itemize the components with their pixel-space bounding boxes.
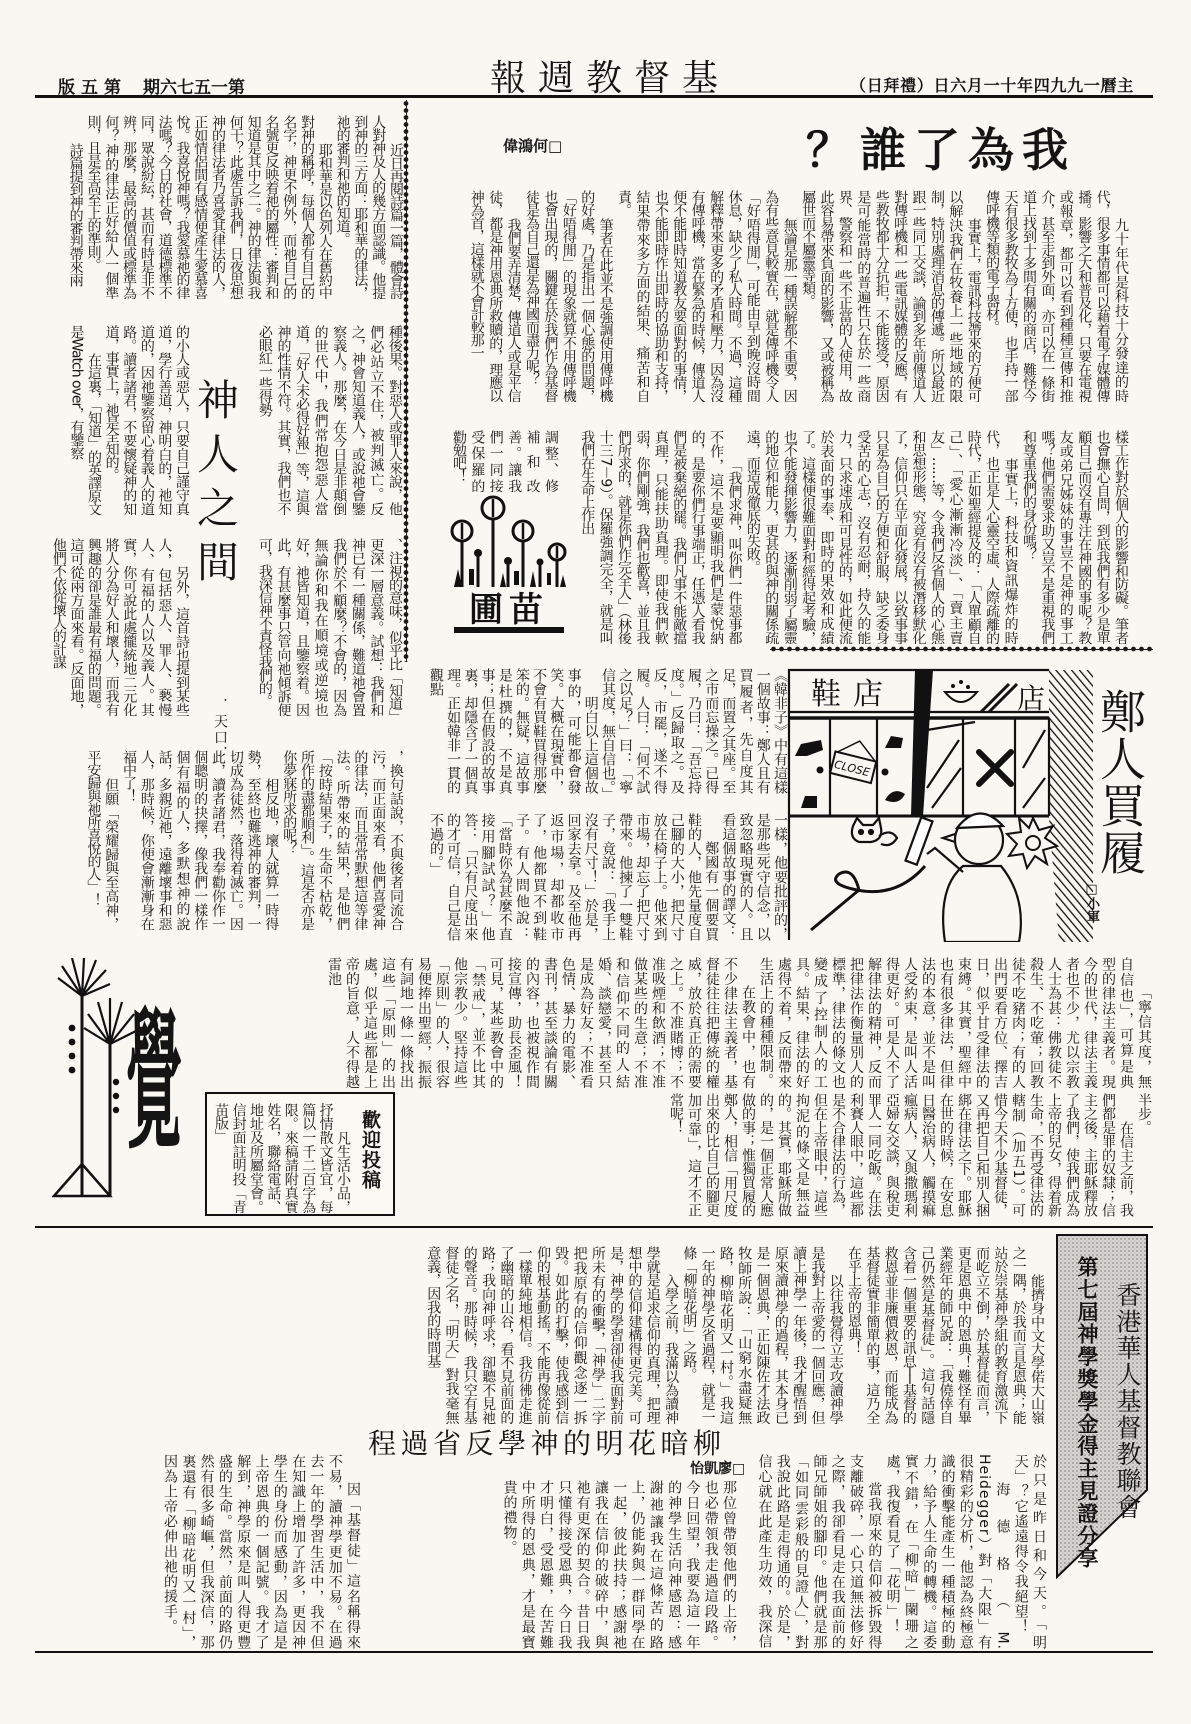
x-tape — [979, 752, 1011, 784]
paragraph: 我們要弄清楚，傳道人或是平信徒，都是神用恩典所救贖的，理應以神為首，這樣就不會計… — [467, 190, 522, 402]
bud-lines — [462, 499, 557, 558]
article-body-block: 另外，這首詩也提到某些人，包括惡人、罪人、褻慢人、有福的人以及義人。其實，你可說… — [48, 538, 190, 716]
masthead: 基督教週報 — [490, 50, 730, 101]
article-body-block: 能擠身中文大學偌大山嶺之一隅，於我而言是恩典；能站於崇基神學組的教育激流下而屹立… — [50, 1246, 1046, 1424]
article-body-block: 近日再閱詩篇一篇，體會詩人對神及人的幾方面認識。他提到神的三方面：耶和華的律法，… — [48, 115, 404, 299]
paragraph: 、注視的意味，似乎比「知道」更深一層意義。試想：我們和神已有一種關係，難道祂會置… — [255, 538, 404, 716]
paragraph: 海德格（M. Heidegger）對「大限」有很精彩的分析，他認為終極意識的衝擊… — [883, 1454, 1011, 1650]
article-body-block: 「寧信其度，無自信也」，可算是典型的律法主義者。現今的世代，律法主義者也不少，尤… — [195, 957, 1153, 1089]
paragraph: 於只是昨日和今天。「明天」？它遙遠得令我絕望！ — [1011, 1454, 1048, 1650]
plant-buds — [452, 497, 565, 560]
paragraph: 樣工作對於個人的影響和防礙。筆者也會撫心自問，到底我們有多少是單顧自己而沒有專注… — [1020, 430, 1130, 644]
section-rule — [35, 1226, 1153, 1228]
angry-face-burst — [1007, 818, 1057, 868]
paragraph: 「寧信其度，無自信也」，可算是典型的律法主義者。現今的世代，律法主義者也不少，尤… — [757, 957, 1153, 1089]
paragraph: 事實上，科技和資訊爆炸的時代，也正是人心靈空虛、人際疏離的時代，正如聖經提及的：… — [743, 430, 1019, 644]
paragraph: 一樣，他要批評的，是那些死守信念，以致忽略現實的人。且看這個故事的譯文： — [719, 813, 788, 941]
paragraph: 調整、修補和改善。讓我們一同接受保羅的勸勉吧！ — [452, 430, 560, 492]
paragraph: 以往我覺得立志攻讀神學是我對上帝愛的一個回應，但讀上神學一年後，我才醒悟到原來讀… — [680, 1246, 845, 1424]
paragraph: 但願「榮耀歸與至高神，平安歸與祂所喜悅的人」！ — [84, 750, 120, 930]
paragraph: 九十年代是科技十分發達的時代，很多事情都可以藉着電子媒體傳播。影響之大和普及化，… — [983, 190, 1130, 402]
man-figure — [811, 813, 1021, 942]
article-title-between-god-and-man: 神人之間 — [197, 378, 245, 594]
article-body-block: 因「基督徒」這名稱得來不易，讀神學更加不易。在過去一年的學習生活中，我不但在知識… — [50, 1454, 362, 1650]
paragraph: ，換句話說，不與後者同流合污，而正面來看，他們喜愛神的律法，而且常常默想這等律法… — [279, 750, 404, 930]
paragraph: 事實上，電訊科技帶來的方便可以解決我們在牧養上一些地域的限制，特別處理消息的傳遞… — [799, 190, 983, 402]
paragraph: 鄭國有一個要買鞋的人，他先量度自己腳的大小，把尺寸放在椅子上。他來到市場，却忘了… — [427, 813, 719, 941]
banner-organization: 香港華人基督教聯會 — [1109, 1282, 1145, 1521]
article-title-zheng-buys-shoes: 鄭人買履 — [1101, 688, 1153, 876]
article-author: □廖凱怡 — [690, 1458, 745, 1478]
article-body-block: 一樣，他要批評的，是那些死守信念，以致忽略現實的人。且看這個故事的譯文： 鄭國有… — [410, 813, 788, 941]
article-body-block: 樣工作對於個人的影響和防礙。筆者也會撫心自問，到底我們有多少是單顧自己而沒有專注… — [558, 430, 1130, 644]
seedling-plants-icon: 苗圃 — [450, 495, 568, 635]
paragraph: 入學之前，我滿以為讀神學就是追求信仰的真理，把理想中的信仰建構得更完美。可是，神… — [424, 1246, 680, 1424]
article-body-block: ，換句話說，不與後者同流合污，而正面來看，他們喜愛神的律法，而且常常默想這等律法… — [48, 750, 404, 930]
paragraph: 凡生活小品，抒情散文皆宜，每篇以一千二百字為限。來稿請附真實姓名，聯絡電話、地址… — [212, 1103, 351, 1213]
article-body-block: 《韓非子》中有這樣一個故事：鄭人且有買履者，先自度其足，而置之其座。至之市而忘操… — [410, 668, 788, 794]
call-for-submissions-body: 凡生活小品，抒情散文皆宜，每篇以一千二百字為限。來稿請附真實姓名，聯絡電話、地址… — [211, 1103, 351, 1213]
close-sign: CLOSE — [830, 736, 880, 783]
paragraph: 《韓非子》中有這樣一個故事：鄭人且有買履者，先自度其足，而置之其座。至之市而忘操… — [599, 668, 788, 794]
seedling-logo-text: 苗圃 — [469, 590, 549, 630]
paragraph: 在教會中，也有不少律法主義者，基督徒往往把傳統的權威，放於真正的需要之上。不准賭… — [325, 957, 757, 1089]
banner-subtitle: 第七屆神學獎學金得主見證分享 — [1072, 1256, 1102, 1570]
bottom-rule — [35, 1651, 1153, 1653]
chain-border-horizontal — [770, 646, 1153, 652]
header-rule — [35, 95, 1153, 98]
shop-sign-right: 店 — [1017, 682, 1045, 715]
cat-figure — [852, 818, 897, 845]
paragraph: 半步。 — [1135, 1093, 1153, 1217]
newspaper-page: 第五版 第一五七六期 基督教週報 主曆一九九四年十一月六日（禮拜日） 我為了誰？… — [0, 0, 1191, 1724]
paragraph: 的小人或惡人，只要自己謹守真道，學行善道，神明白的，祂知道的，因祂鑒察留心着義人… — [102, 325, 190, 515]
reflection-logo-glyph: 覺 — [126, 964, 182, 1180]
paragraph: 無論是那一種誤解都不重要，因為有些意見較實在，就是傳呼機令人「好唔得閒」，可能由… — [615, 190, 799, 402]
reflection-column-logo: 覺 — [52, 958, 192, 1198]
issue-date: 主曆一九九四年十一月六日（禮拜日） — [850, 73, 1134, 96]
paragraph: 種後果。對惡人或罪人來說，他們必站立不住，被判滅亡。反之，神會知道義人，或說祂會… — [255, 325, 404, 515]
paragraph: 能擠身中文大學偌大山嶺之一隅，於我而言是恩典；能站於崇基神學組的教育激流下而屹立… — [845, 1246, 1046, 1424]
paragraph: 另外，這首詩也提到某些人，包括惡人、罪人、褻慢人、有福的人以及義人。其實，你可說… — [49, 538, 190, 716]
paragraph: 近日再閱詩篇一篇，體會詩人對神及人的幾方面認識。他提到神的三方面：耶和華的律法，… — [333, 115, 404, 299]
article-body-block: 、注視的意味，似乎比「知道」更深一層意義。試想：我們和神已有一種關係，難道祂會置… — [254, 538, 404, 716]
paragraph: 當我原來的信仰被拆毀得支離破碎，一心只道無法修好之際，我卻看見走在我面前的師兄師… — [756, 1454, 883, 1650]
article-author: □何鴻偉 — [503, 135, 562, 156]
rice-bowl-icon — [945, 680, 1017, 712]
paragraph: 筆者在此並不是強調使用傳呼機的好處，乃是指出一個心態的問題，「好唔得閒」的現象就… — [523, 190, 615, 402]
paragraph: 在這裏，「知道」的英譯原文是Watch over，有鑒察 — [67, 325, 102, 515]
paragraph: 耶和華是以色列人在舊約中對神的稱呼，每個人都有自己的名字，神更不例外，而祂自己的… — [84, 115, 333, 299]
paragraph: 明白以上這個故事的，可能都會發笑。大概在現實中，不會有買鞋買得那麼笨的。無疑，這… — [427, 668, 599, 794]
article-body-block: 的小人或惡人，只要自己謹守真道，學行善道，神明白的，祂知道的，因祂鑒察留心着義人… — [48, 325, 190, 515]
article-body-block: 於只是昨日和今天。「明天」？它遙遠得令我絕望！ 海德格（M. Heidegger… — [756, 1454, 1048, 1650]
paragraph: 那位曾帶領他們的上帝，也必帶領我走過這段路。今日回望，我要為這一年的神學生活向神… — [500, 1480, 738, 1650]
article-title-theology-reflection: 柳暗花明的神學反省過程 — [368, 1422, 726, 1462]
call-for-submissions-title: 歡迎投稿 — [357, 1110, 384, 1190]
article-title-who-for: 我為了誰？ — [806, 114, 1076, 180]
paragraph: 在信主之前，我們都是罪的奴隸；信主之後，主耶穌釋放了我們，使我們成為上帝的兒女，… — [667, 1093, 1135, 1217]
logo-strip — [454, 627, 564, 633]
article-body-block: 調整、修補和改善。讓我們一同接受保羅的勸勉吧！ — [452, 430, 560, 492]
article-body-block: 半步。 在信主之前，我們都是罪的奴隸；信主之後，主耶穌釋放了我們，使我們成為上帝… — [405, 1093, 1153, 1217]
black-post — [911, 670, 933, 816]
paragraph: 因「基督徒」這名稱得來不易，讀神學更加不易。在過去一年的學習生活中，我不但在知識… — [161, 1454, 362, 1650]
paragraph: 詩篇提到神的審判帶來兩 — [66, 115, 84, 299]
paragraph: 「我們求神，叫你們一件惡事都不作，這不是要顯明我們是蒙悅納的，是要你們行事端正，… — [578, 430, 744, 644]
seedling-column-logo: 苗圃 — [450, 495, 568, 635]
article-body-block: 種後果。對惡人或罪人來說，他們必站立不住，被判滅亡。反之，神會知道義人，或說祂會… — [254, 325, 404, 515]
article-author: □小軍 — [1082, 882, 1101, 923]
article-body-block: 九十年代是科技十分發達的時代，很多事情都可以藉着電子媒體傳播。影響之大和普及化，… — [447, 190, 1130, 402]
article-body-block: 那位曾帶領他們的上帝，也必帶領我走過這段路。今日回望，我要為這一年的神學生活向神… — [370, 1480, 738, 1650]
cartoon-image: 鞋店 店 CLOSE — [787, 668, 1095, 942]
paragraph: 相反地，壞人就算一時得勢，至終也難逃神的審判，一切成為徒然，落得着滅亡。因此，讀… — [119, 750, 279, 930]
shoe-shop-illustration: 鞋店 店 CLOSE — [787, 668, 1095, 942]
shoe-shop-sign: 鞋店 — [811, 677, 895, 712]
